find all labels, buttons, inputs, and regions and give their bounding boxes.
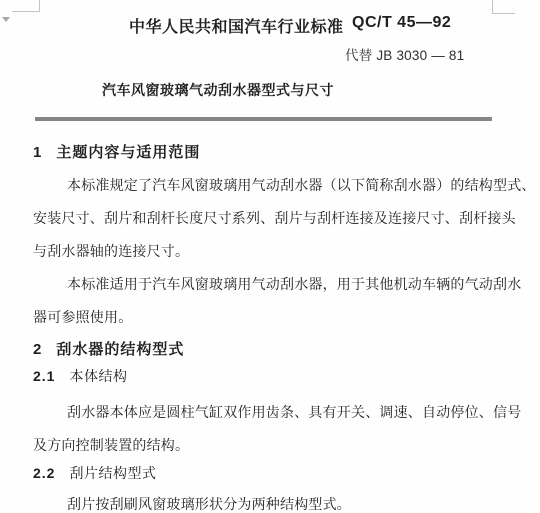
paragraph-line: 本标准适用于汽车风窗玻璃用气动刮水器，用于其他机动车辆的气动刮水 bbox=[67, 274, 521, 294]
section-2-2-heading: 2.2刮片结构型式 bbox=[33, 463, 156, 483]
paragraph-line: 与刮水器轴的连接尺寸。 bbox=[33, 241, 189, 261]
section-1-heading: 1主题内容与适用范围 bbox=[33, 141, 200, 162]
stray-caret-icon bbox=[2, 17, 10, 22]
paragraph-line: 器可参照使用。 bbox=[33, 307, 132, 327]
section-2-2-title: 刮片结构型式 bbox=[69, 465, 156, 481]
paragraph-line: 安装尺寸、刮片和刮杆长度尺寸系列、刮片与刮杆连接及连接尺寸、刮杆接头 bbox=[33, 208, 516, 228]
section-2-heading: 2刮水器的结构型式 bbox=[33, 338, 184, 359]
section-1-number: 1 bbox=[33, 144, 41, 161]
standard-code: QC/T 45—92 bbox=[352, 14, 451, 32]
section-2-1-heading: 2.1本体结构 bbox=[33, 366, 127, 386]
document-title: 汽车风窗玻璃气动刮水器型式与尺寸 bbox=[102, 80, 334, 100]
section-2-1-number: 2.1 bbox=[33, 368, 55, 384]
paragraph-line: 刮水器本体应是圆柱气缸双作用齿条、具有开关、调速、自动停位、信号 bbox=[67, 402, 521, 422]
text-boundary-corner-top-left-icon bbox=[12, 0, 40, 12]
paragraph-line: 及方向控制装置的结构。 bbox=[33, 435, 189, 455]
standard-org-title: 中华人民共和国汽车行业标准 bbox=[129, 14, 344, 37]
section-2-number: 2 bbox=[33, 341, 41, 358]
section-2-2-number: 2.2 bbox=[33, 465, 55, 481]
paragraph-line: 刮片按刮刷风窗玻璃形状分为两种结构型式。 bbox=[67, 494, 351, 513]
paragraph-line: 本标准规定了汽车风窗玻璃用气动刮水器（以下简称刮水器）的结构型式、 bbox=[67, 175, 536, 195]
section-1-title: 主题内容与适用范围 bbox=[56, 144, 200, 161]
document-page: 中华人民共和国汽车行业标准 QC/T 45—92 代替 JB 3030 — 81… bbox=[0, 0, 540, 513]
superseded-standard-note: 代替 JB 3030 — 81 bbox=[345, 44, 464, 64]
section-2-title: 刮水器的结构型式 bbox=[56, 341, 184, 358]
section-2-1-title: 本体结构 bbox=[69, 368, 127, 384]
title-divider-rule bbox=[35, 117, 492, 121]
text-boundary-corner-top-right-icon bbox=[492, 0, 515, 14]
